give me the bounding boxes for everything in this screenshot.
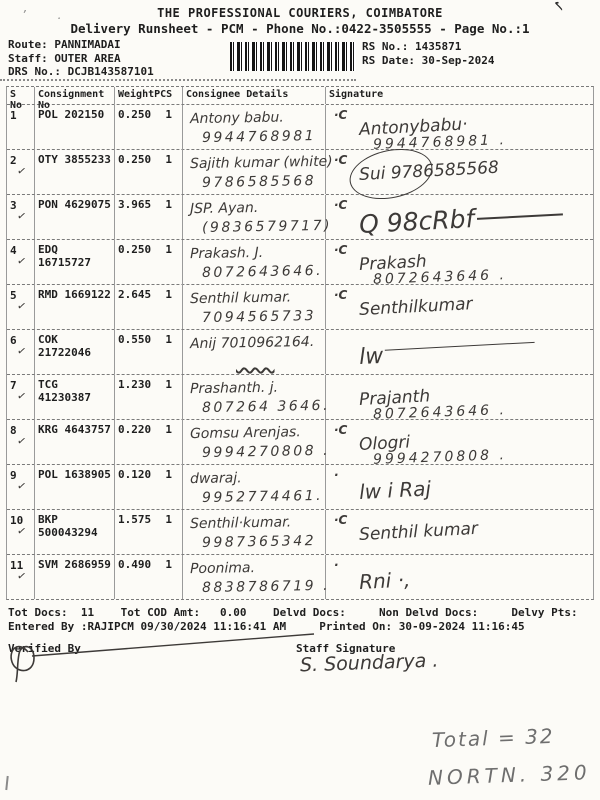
delivery-check-mark: ·C [334,423,347,437]
verified-by-signature-scribble [4,630,324,690]
page-title: Delivery Runsheet - PCM - Phone No.:0422… [0,21,600,36]
signature-handwriting: Senthilkumar [359,288,591,320]
consignee-phone-handwriting: 9952774461. [202,488,322,506]
pcs-value: 1 [165,243,172,284]
signature-handwriting: lw [359,333,591,370]
consignee-phone-handwriting: 9987365342 [202,533,322,551]
pcs-value: 1 [165,198,172,238]
cell-consignment: EDQ 16715727 [35,240,115,285]
consignee-name-handwriting: JSP. Ayan. [190,199,322,217]
cell-sno: 6✓ [7,330,35,374]
handwritten-nortn-note: NORTN. 320 [428,760,591,790]
cell-consignee: Prakash. J.8072643646. [183,240,326,285]
table-row: 2✓ OTY 3855233 0.2501 Sajith kumar (whit… [7,149,593,194]
consignee-name-handwriting: Prakash. J. [190,244,322,262]
col-weight-pcs: WeightPCS [115,87,183,104]
table-row: 11✓ SVM 2686959 0.4901 Poonima.883878671… [7,554,593,599]
consignee-phone-handwriting: 8072643646. [202,263,322,281]
cell-signature: Prajanth8072643646 . [326,375,593,420]
pcs-value: 1 [165,333,172,373]
cell-sno: 1 [7,105,35,150]
consignee-name-handwriting: Sajith kumar (white) [190,154,322,172]
col-consignment: Consignment No [35,87,115,104]
pcs-value: 1 [165,288,172,328]
delivery-check-mark: ·C [334,108,347,122]
tick-mark: ✓ [16,164,32,179]
tick-mark: ✓ [16,209,32,224]
table-row: 3✓ PON 4629075 3.9651 JSP. Ayan.(9836579… [7,194,593,239]
cell-consignment: BKP 500043294 [35,510,115,554]
weight-value: 0.250 [118,108,151,149]
cell-signature: lw [326,330,593,374]
consignee-phone-handwriting: 9994270808 . [202,443,322,461]
delivery-check-mark: ·C [334,513,347,527]
weight-value: 0.550 [118,333,151,373]
rs-date-line: RS Date: 30-Sep-2024 [362,54,494,68]
cell-signature: ·CAntonybabu·9944768981 . [326,105,593,150]
cell-sno: 10✓ [7,510,35,554]
consignee-phone-handwriting: 807264 3646. [202,398,322,416]
cell-sno: 2✓ [7,150,35,194]
pcs-value: 1 [165,513,172,553]
table-row: 1 POL 202150 0.2501 Antony babu.99447689… [7,104,593,149]
delivery-check-mark: · [334,468,339,482]
cell-consignee: Gomsu Arenjas.9994270808 . [183,420,326,465]
cell-consignee: Senthil·kumar.9987365342 [183,510,326,554]
signature-handwriting: Sui 9786585568 [359,153,591,185]
handwritten-total-note: Total = 32 [432,724,555,752]
col-weight: Weight [118,89,154,103]
rs-no-value: 1435871 [415,40,461,53]
cell-consignment: RMD 1669122 [35,285,115,329]
weight-value: 0.490 [118,558,151,598]
cell-weight-pcs: 0.5501 [115,330,183,374]
non-delvd-docs-label: Non Delvd Docs: [379,606,478,619]
pcs-value: 1 [165,153,172,193]
weight-value: 1.230 [118,378,151,419]
consignee-phone-handwriting: (9836579717) [202,218,322,236]
cell-consignment: POL 1638905 [35,465,115,509]
weight-value: 2.645 [118,288,151,328]
cell-consignment: KRG 4643757 [35,420,115,465]
dotted-separator [0,79,356,81]
cell-consignee: Prashanth. j.807264 3646. [183,375,326,420]
cell-consignee: Senthil kumar.7094565733 [183,285,326,329]
cell-consignee: Anij 7010962164. [183,330,326,374]
cell-weight-pcs: 1.2301 [115,375,183,420]
pcs-value: 1 [165,378,172,419]
pcs-value: 1 [165,423,172,464]
cell-weight-pcs: 2.6451 [115,285,183,329]
staff-value: OUTER AREA [54,52,120,65]
cell-consignment: OTY 3855233 [35,150,115,194]
delvd-docs-label: Delvd Docs: [273,606,346,619]
staff-signature-handwriting: S. Soundarya . [300,650,439,677]
weight-value: 0.220 [118,423,151,464]
drs-label: DRS No.: [8,65,61,78]
signature-handwriting: Rni ·, [359,558,591,594]
cell-consignee: JSP. Ayan.(9836579717) [183,195,326,239]
consignee-phone-handwriting: 9944768981 [202,128,322,146]
delvy-pts-label: Delvy Pts: [511,606,577,619]
consignee-phone-handwriting: 9786585568 [202,173,322,191]
cell-signature: ·CSenthil kumar [326,510,593,554]
tick-mark: ✓ [16,299,32,314]
consignee-name-handwriting: Senthil·kumar. [190,514,322,532]
delivery-check-mark: ·C [334,198,347,212]
cell-signature: ·CSui 9786585568 [326,150,593,194]
cell-weight-pcs: 0.4901 [115,555,183,599]
consignee-name-handwriting: Antony babu. [190,109,322,127]
delivery-check-mark: ·C [334,288,347,302]
cell-consignment: SVM 2686959 [35,555,115,599]
cell-consignee: Poonima.8838786719 . [183,555,326,599]
cell-weight-pcs: 0.1201 [115,465,183,509]
tick-mark: ✓ [16,254,32,269]
tot-docs-value: 11 [81,606,94,619]
tick-mark: ✓ [16,524,32,539]
cell-sno: 4✓ [7,240,35,285]
cell-signature: ·Rni ·, [326,555,593,599]
col-signature: Signature [326,87,593,104]
barcode [230,42,356,71]
consignee-name-handwriting: Gomsu Arenjas. [190,424,322,442]
cell-signature: ·COlogri9994270808 . [326,420,593,465]
cell-weight-pcs: 0.2201 [115,420,183,465]
rs-no-line: RS No.: 1435871 [362,40,494,54]
weight-value: 0.120 [118,468,151,508]
cell-consignment: TCG 41230387 [35,375,115,420]
weight-value: 3.965 [118,198,151,238]
cell-sno: 5✓ [7,285,35,329]
tot-docs-label: Tot Docs: [8,606,68,619]
cell-consignee: dwaraj.9952774461. [183,465,326,509]
company-title: THE PROFESSIONAL COURIERS, COIMBATORE [0,6,600,20]
col-sno: S No [7,87,35,104]
drs-value: DCJB143587101 [68,65,154,78]
staff-label: Staff: [8,52,48,65]
signature-handwriting: Q 98cRbf [358,198,590,239]
col-pcs: PCS [154,89,172,103]
row-number: 1 [10,106,31,122]
cell-consignment: PON 4629075 [35,195,115,239]
consignee-name-handwriting: Senthil kumar. [190,289,322,307]
weight-value: 0.250 [118,243,151,284]
rs-date-value: 30-Sep-2024 [422,54,495,67]
rs-block: RS No.: 1435871 RS Date: 30-Sep-2024 [362,40,494,68]
rs-no-label: RS No.: [362,40,408,53]
table-row: 9✓ POL 1638905 0.1201 dwaraj.9952774461.… [7,464,593,509]
table-row: 5✓ RMD 1669122 2.6451 Senthil kumar.7094… [7,284,593,329]
cell-sno: 8✓ [7,420,35,465]
cell-signature: ·CSenthilkumar [326,285,593,329]
totals-line: Tot Docs: 11 Tot COD Amt: 0.00 Delvd Doc… [8,606,578,619]
consignee-name-handwriting: dwaraj. [190,469,322,487]
tick-mark: ✓ [16,434,32,449]
tick-mark: ✓ [16,479,32,494]
delivery-check-mark: · [334,558,339,572]
signature-handwriting: Senthil kumar [359,513,591,545]
tick-mark: ✓ [16,569,32,584]
cell-weight-pcs: 0.2501 [115,240,183,285]
delivery-check-mark: ·C [334,153,347,167]
pcs-value: 1 [165,468,172,508]
pen-mark [5,776,8,790]
pcs-value: 1 [165,558,172,598]
signature-handwriting: lw i Raj [359,468,591,504]
route-staff-drs-block: Route: PANNIMADAI Staff: OUTER AREA DRS … [8,38,154,79]
col-consignee: Consignee Details [183,87,326,104]
route-label: Route: [8,38,48,51]
weight-value: 0.250 [118,153,151,193]
table-header-row: S No Consignment No WeightPCS Consignee … [7,87,593,104]
runsheet-table: S No Consignment No WeightPCS Consignee … [6,86,594,600]
cell-consignment: POL 202150 [35,105,115,150]
cell-sno: 9✓ [7,465,35,509]
cell-signature: ·CPrakash8072643646 . [326,240,593,285]
route-value: PANNIMADAI [54,38,120,51]
table-row: 6✓ COK 21722046 0.5501 Anij 7010962164. … [7,329,593,374]
table-row: 8✓ KRG 4643757 0.2201 Gomsu Arenjas.9994… [7,419,593,464]
cell-signature: ·CQ 98cRbf [326,195,593,239]
consignee-name-handwriting: Anij 7010962164. [190,334,322,352]
cod-value: 0.00 [220,606,247,619]
tick-mark: ✓ [16,344,32,359]
cell-consignee: Sajith kumar (white)9786585568 [183,150,326,194]
cell-sno: 11✓ [7,555,35,599]
pen-squiggle [236,351,286,361]
table-row: 4✓ EDQ 16715727 0.2501 Prakash. J.807264… [7,239,593,284]
table-row: 10✓ BKP 500043294 1.5751 Senthil·kumar.9… [7,509,593,554]
scanned-delivery-runsheet: ’ . ✓ THE PROFESSIONAL COURIERS, COIMBAT… [0,0,600,800]
drs-line: DRS No.: DCJB143587101 [8,65,154,79]
staff-line: Staff: OUTER AREA [8,52,154,66]
cell-consignee: Antony babu.9944768981 [183,105,326,150]
table-row: 7✓ TCG 41230387 1.2301 Prashanth. j.8072… [7,374,593,419]
pcs-value: 1 [165,108,172,149]
tick-mark: ✓ [16,389,32,404]
cell-sno: 7✓ [7,375,35,420]
route-line: Route: PANNIMADAI [8,38,154,52]
cell-weight-pcs: 0.2501 [115,150,183,194]
consignee-name-handwriting: Poonima. [190,559,322,577]
cell-signature: ·lw i Raj [326,465,593,509]
cell-sno: 3✓ [7,195,35,239]
consignee-phone-handwriting: 8838786719 . [202,578,322,596]
weight-value: 1.575 [118,513,151,553]
printed-on-value: Printed On: 30-09-2024 11:16:45 [319,620,524,633]
cod-label: Tot COD Amt: [121,606,200,619]
cell-consignment: COK 21722046 [35,330,115,374]
cell-weight-pcs: 3.9651 [115,195,183,239]
consignee-name-handwriting: Prashanth. j. [190,379,322,397]
rs-date-label: RS Date: [362,54,415,67]
cell-weight-pcs: 1.5751 [115,510,183,554]
consignee-phone-handwriting: 7094565733 [202,308,322,326]
cell-weight-pcs: 0.2501 [115,105,183,150]
delivery-check-mark: ·C [334,243,347,257]
